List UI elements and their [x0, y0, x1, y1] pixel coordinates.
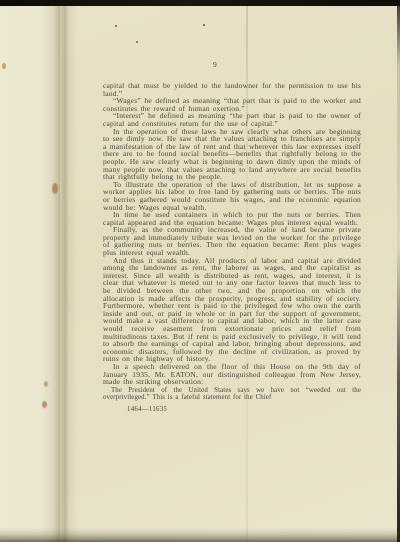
paragraph: “Interest” he defined as meaning “the pa… — [103, 112, 361, 127]
scan-speck — [115, 25, 117, 27]
scan-speck — [44, 381, 48, 387]
paragraph: In a speech delivered on the floor of th… — [103, 363, 361, 386]
scanned-book-page: 9 capital that must be yielded to the la… — [0, 0, 400, 542]
paragraph: In the operation of these laws he saw cl… — [103, 128, 361, 181]
page-bottom-shadow — [0, 528, 400, 542]
paragraph: “Wages” he defined as meaning “that part… — [103, 97, 361, 112]
scan-speck — [52, 183, 58, 194]
paragraph-list: capital that must be yielded to the land… — [103, 82, 361, 386]
paragraph: capital that must be yielded to the land… — [103, 82, 361, 97]
scan-speck — [136, 41, 138, 43]
scan-speck — [42, 401, 47, 408]
text-block: 9 capital that must be yielded to the la… — [103, 61, 361, 413]
page-number: 9 — [103, 61, 327, 69]
scan-speck — [2, 63, 6, 69]
scan-speck — [203, 24, 205, 26]
paragraph: Finally, as the community increased, the… — [103, 226, 361, 256]
print-code: 1464—11635 — [127, 406, 361, 413]
scan-top-edge — [0, 0, 400, 6]
binding-gutter-shadow — [52, 5, 78, 542]
paragraph: To illustrate the operation of the laws … — [103, 181, 361, 211]
paragraph: And thus it stands today. All products o… — [103, 257, 361, 363]
block-quote: The President of the United States says … — [103, 387, 361, 401]
paragraph: In time he used containers in which to p… — [103, 211, 361, 226]
previous-page-edge — [0, 5, 60, 542]
